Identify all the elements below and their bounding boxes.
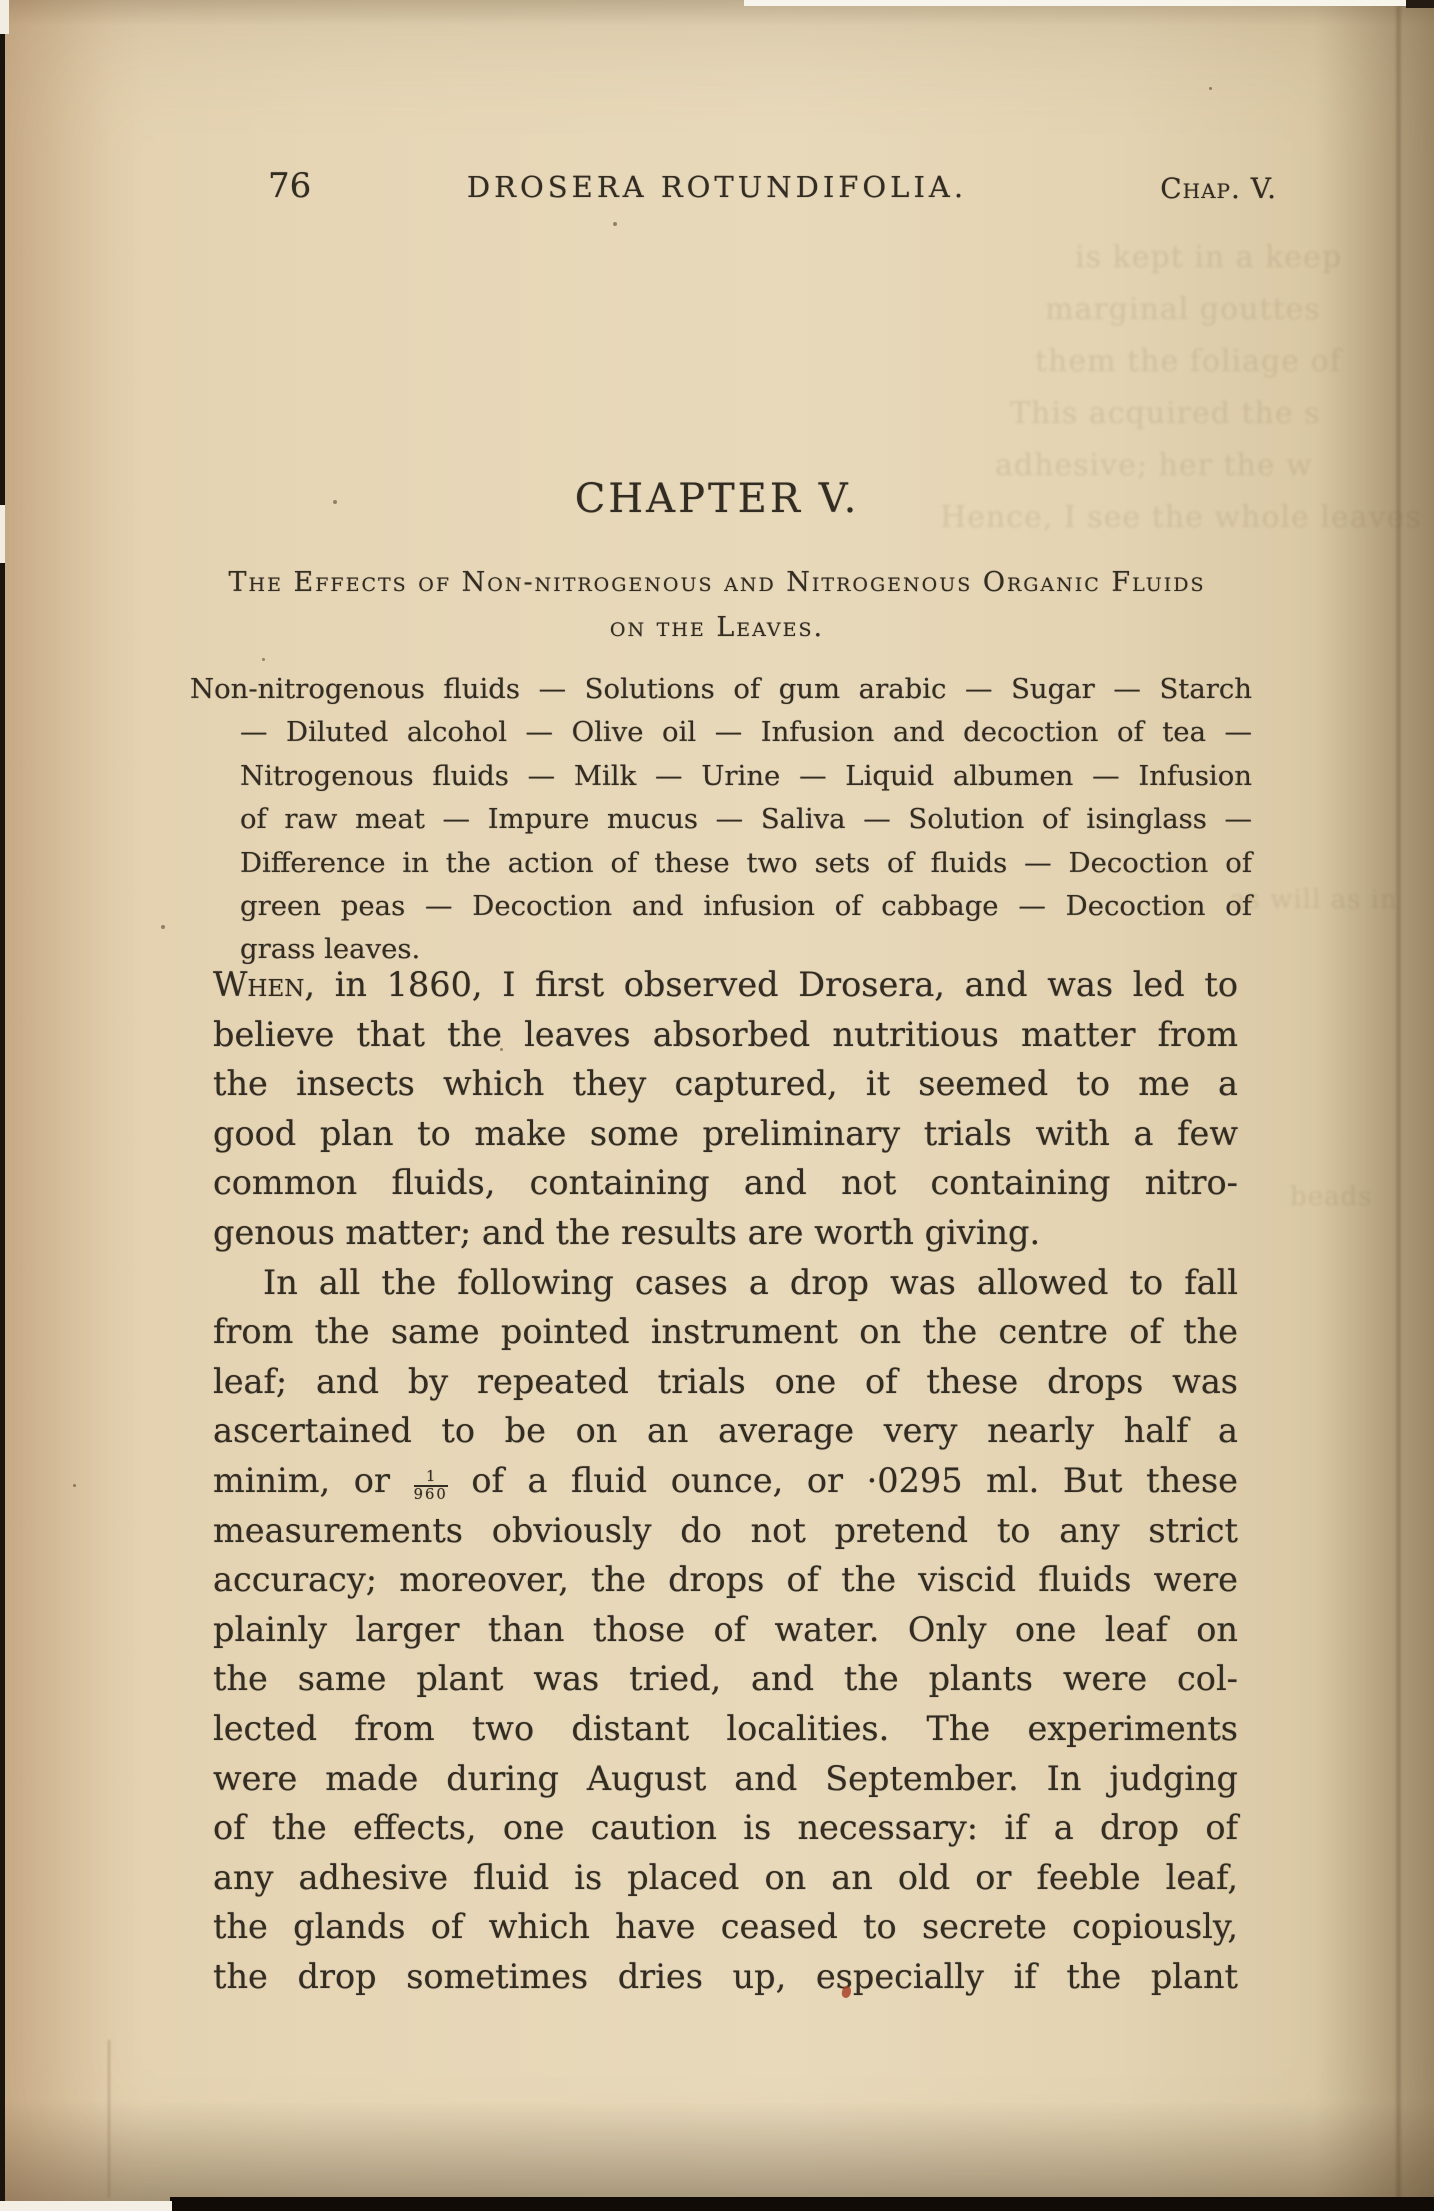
lead-word: When bbox=[213, 965, 304, 1004]
text-line: were made during August and September. I… bbox=[213, 1754, 1238, 1804]
chapter-reference: Chap. V. bbox=[1160, 172, 1277, 205]
text-line: the drop sometimes dries up, especially … bbox=[213, 1952, 1238, 2002]
text-line: Difference in the action of these two se… bbox=[190, 842, 1252, 885]
scanned-book-page: is kept in a keep marginal gouttes them … bbox=[0, 0, 1434, 2211]
ghost-text-line: is kept in a keep bbox=[1075, 240, 1342, 275]
text-line: accuracy; moreover, the drops of the vis… bbox=[213, 1555, 1238, 1605]
scan-edge-top bbox=[744, 0, 1408, 6]
text-line: of the effects, one caution is necessary… bbox=[213, 1803, 1238, 1853]
ghost-text-line: This acquired the s bbox=[1010, 396, 1321, 431]
text-line: genous matter; and the results are worth… bbox=[213, 1208, 1238, 1258]
body-text: When, in 1860, I first observed Drosera,… bbox=[213, 960, 1238, 2001]
text-line: lected from two distant localities. The … bbox=[213, 1704, 1238, 1754]
fraction-denominator: 960 bbox=[414, 1487, 448, 1502]
scan-edge-corner bbox=[1406, 0, 1434, 8]
text-line: the same plant was tried, and the plants… bbox=[213, 1654, 1238, 1704]
text-line: — Diluted alcohol — Olive oil — Infusion… bbox=[190, 711, 1252, 754]
text-line: believe that the leaves absorbed nutriti… bbox=[213, 1010, 1238, 1060]
text-line: green peas — Decoction and infusion of c… bbox=[190, 885, 1252, 928]
scan-shadow-right bbox=[1314, 0, 1434, 2211]
paper-speck bbox=[161, 925, 165, 929]
text-fragment: , in 1860, I first observed Drosera, and… bbox=[304, 965, 1238, 1004]
paper-speck bbox=[262, 658, 265, 661]
chapter-summary: Non-nitrogenous fluids — Solutions of gu… bbox=[190, 668, 1252, 972]
paper-speck bbox=[333, 500, 337, 504]
text-line: In all the following cases a drop was al… bbox=[213, 1258, 1238, 1308]
chapter-title: CHAPTER V. bbox=[0, 476, 1434, 522]
text-line: of raw meat — Impure mucus — Saliva — So… bbox=[190, 798, 1252, 841]
ghost-text-line: them the foliage of bbox=[1035, 344, 1342, 379]
text-line: good plan to make some preliminary trial… bbox=[213, 1109, 1238, 1159]
scan-edge-notch bbox=[0, 505, 5, 563]
paper-speck bbox=[1209, 87, 1212, 90]
page-crease bbox=[1397, 0, 1400, 2211]
scan-shadow-bottom bbox=[0, 2101, 1434, 2211]
chapter-subtitle-line: on the Leaves. bbox=[100, 605, 1334, 650]
text-line: the insects which they captured, it seem… bbox=[213, 1059, 1238, 1109]
scan-edge-bottom bbox=[170, 2197, 1434, 2211]
text-line: leaf; and by repeated trials one of thes… bbox=[213, 1357, 1238, 1407]
text-fragment: of a fluid ounce, or ·0295 ml. But these bbox=[471, 1461, 1238, 1500]
text-line: Non-nitrogenous fluids — Solutions of gu… bbox=[190, 668, 1252, 711]
ghost-text-line: marginal gouttes bbox=[1045, 292, 1321, 327]
text-line: ascertained to be on an average very nea… bbox=[213, 1406, 1238, 1456]
text-line: common fluids, containing and not contai… bbox=[213, 1158, 1238, 1208]
fraction-one-960: 1960 bbox=[414, 1470, 448, 1502]
text-fragment: minim, or bbox=[213, 1461, 390, 1500]
scan-edge-notch bbox=[0, 0, 9, 34]
text-line: plainly larger than those of water. Only… bbox=[213, 1605, 1238, 1655]
scan-edge-bottom-left bbox=[0, 2201, 172, 2211]
paper-speck bbox=[73, 1484, 76, 1487]
scan-edge-left bbox=[0, 0, 5, 2211]
text-line: the glands of which have ceased to secre… bbox=[213, 1902, 1238, 1952]
chapter-subtitle: The Effects of Non-nitrogenous and Nitro… bbox=[100, 560, 1334, 650]
scan-shadow-left bbox=[5, 0, 145, 2211]
text-line: from the same pointed instrument on the … bbox=[213, 1307, 1238, 1357]
text-line: measurements obviously do not pretend to… bbox=[213, 1506, 1238, 1556]
page-edge-crease bbox=[108, 2040, 110, 2198]
fraction-numerator: 1 bbox=[414, 1470, 448, 1487]
text-line: Nitrogenous fluids — Milk — Urine — Liqu… bbox=[190, 755, 1252, 798]
chapter-subtitle-line: The Effects of Non-nitrogenous and Nitro… bbox=[100, 560, 1334, 605]
text-line: When, in 1860, I first observed Drosera,… bbox=[213, 960, 1238, 1010]
paper-speck bbox=[500, 1048, 503, 1051]
paper-speck bbox=[613, 222, 617, 226]
text-line-with-fraction: minim, or 1960 of a fluid ounce, or ·029… bbox=[213, 1456, 1238, 1506]
text-line: any adhesive fluid is placed on an old o… bbox=[213, 1853, 1238, 1903]
